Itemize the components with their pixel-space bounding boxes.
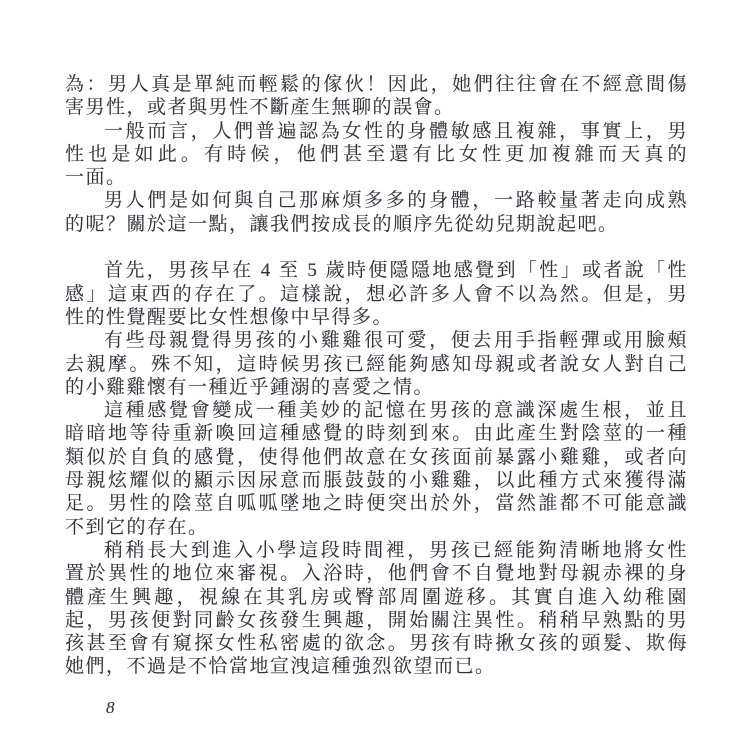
text-line: 一面。: [65, 166, 688, 189]
text-line: 有些母親覺得男孩的小雞雞很可愛，便去用手指輕彈或用臉頰: [65, 329, 688, 352]
text-line: 首先，男孩早在 4 至 5 歲時便隱隱地感覺到「性」或者說「性: [65, 259, 688, 282]
text-line: 性的性覺醒要比女性想像中早得多。: [65, 306, 688, 329]
text-line: 的呢？關於這一點，讓我們按成長的順序先從幼兒期說起吧。: [65, 213, 688, 236]
text-line: 類似於自負的感覺，使得他們故意在女孩面前暴露小雞雞，或者向: [65, 446, 688, 469]
blank-line: [65, 236, 688, 259]
text-line: 暗暗地等待重新喚回這種感覺的時刻到來。由此產生對陰莖的一種: [65, 422, 688, 445]
book-page: 為：男人真是單純而輕鬆的傢伙！因此，她們往往會在不經意間傷害男性，或者與男性不斷…: [0, 0, 750, 750]
text-line: 這種感覺會變成一種美妙的記憶在男孩的意識深處生根，並且: [65, 399, 688, 422]
text-line: 置於異性的地位來審視。入浴時，他們會不自覺地對母親赤裸的身: [65, 562, 688, 585]
text-line: 一般而言，人們普遍認為女性的身體敏感且複雜，事實上，男: [65, 120, 688, 143]
text-line: 害男性，或者與男性不斷產生無聊的誤會。: [65, 96, 688, 119]
text-line: 性也是如此。有時候，他們甚至還有比女性更加複雜而天真的: [65, 143, 688, 166]
text-line: 去親摩。殊不知，這時候男孩已經能夠感知母親或者說女人對自己: [65, 353, 688, 376]
text-line: 她們，不過是不恰當地宣洩這種強烈欲望而已。: [65, 655, 688, 678]
text-line: 足。男性的陰莖自呱呱墜地之時便突出於外，當然誰都不可能意識: [65, 492, 688, 515]
text-line: 起，男孩便對同齡女孩發生興趣，開始關注異性。稍稍早熟點的男: [65, 609, 688, 632]
text-line: 母親炫耀似的顯示因尿意而脹鼓鼓的小雞雞，以此種方式來獲得滿: [65, 469, 688, 492]
page-number: 8: [106, 698, 115, 718]
text-line: 孩甚至會有窺探女性私密處的欲念。男孩有時揪女孩的頭髮、欺侮: [65, 632, 688, 655]
body-text: 為：男人真是單純而輕鬆的傢伙！因此，她們往往會在不經意間傷害男性，或者與男性不斷…: [65, 73, 688, 679]
text-line: 為：男人真是單純而輕鬆的傢伙！因此，她們往往會在不經意間傷: [65, 73, 688, 96]
text-line: 體產生興趣，視線在其乳房或臀部周圍遊移。其實自進入幼稚園: [65, 586, 688, 609]
text-line: 稍稍長大到進入小學這段時間裡，男孩已經能夠清晰地將女性: [65, 539, 688, 562]
text-line: 男人們是如何與自己那麻煩多多的身體，一路較量著走向成熟: [65, 189, 688, 212]
text-line: 感」這東西的存在了。這樣說，想必許多人會不以為然。但是，男: [65, 283, 688, 306]
text-line: 的小雞雞懷有一種近乎鍾溺的喜愛之情。: [65, 376, 688, 399]
text-line: 不到它的存在。: [65, 516, 688, 539]
